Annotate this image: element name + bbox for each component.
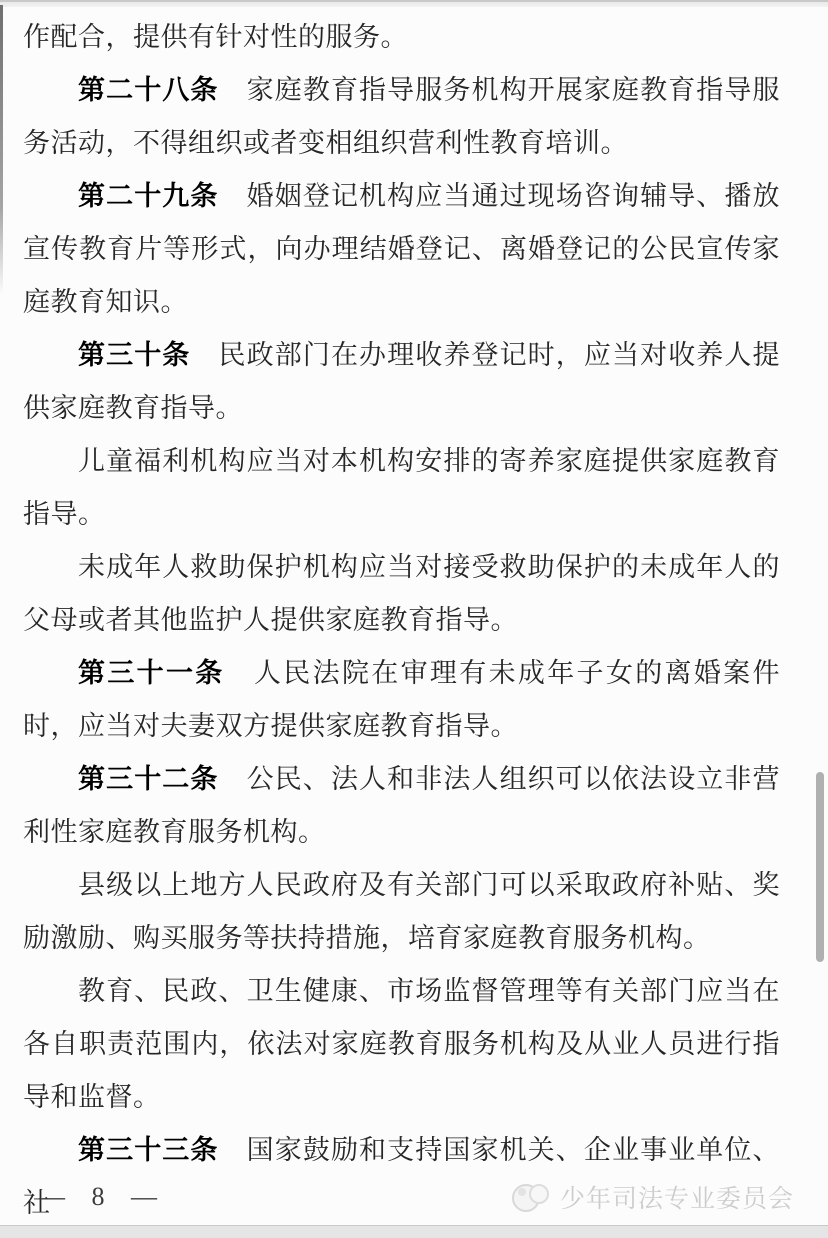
- top-edge-strip: [0, 0, 828, 7]
- page-footer: — 8 — 少年司法专业委员会: [23, 1174, 794, 1220]
- article-number-label: 第三十三条: [78, 1135, 219, 1165]
- scrollbar-thumb[interactable]: [816, 772, 824, 962]
- body-paragraph: 县级以上地方人民政府及有关部门可以采取政府补贴、奖励激励、购买服务等扶持措施，培…: [23, 859, 780, 965]
- page-number: — 8 —: [39, 1182, 158, 1212]
- article-paragraph: 第二十八条 家庭教育指导服务机构开展家庭教育指导服务活动，不得组织或者变相组织营…: [23, 64, 780, 170]
- article-paragraph: 第三十条 民政部门在办理收养登记时，应当对收养人提供家庭教育指导。: [23, 329, 780, 435]
- body-paragraph: 作配合，提供有针对性的服务。: [23, 11, 780, 64]
- article-number-label: 第三十二条: [78, 764, 219, 794]
- watermark-logo-icon: [511, 1179, 553, 1215]
- body-paragraph: 教育、民政、卫生健康、市场监督管理等有关部门应当在各自职责范围内，依法对家庭教育…: [23, 965, 780, 1124]
- article-paragraph: 第三十一条 人民法院在审理有未成年子女的离婚案件时，应当对夫妻双方提供家庭教育指…: [23, 647, 780, 753]
- body-paragraph: 儿童福利机构应当对本机构安排的寄养家庭提供家庭教育指导。: [23, 435, 780, 541]
- article-number-label: 第二十九条: [78, 181, 219, 211]
- body-paragraph: 未成年人救助保护机构应当对接受救助保护的未成年人的父母或者其他监护人提供家庭教育…: [23, 541, 780, 647]
- watermark-text: 少年司法专业委员会: [560, 1179, 794, 1215]
- bottom-edge-strip: [0, 1225, 828, 1238]
- article-paragraph: 第三十二条 公民、法人和非法人组织可以依法设立非营利性家庭教育服务机构。: [23, 753, 780, 859]
- article-number-label: 第二十八条: [78, 75, 219, 105]
- article-number-label: 第三十一条: [78, 658, 225, 688]
- page-left-edge-shadow: [0, 5, 3, 295]
- watermark: 少年司法专业委员会: [511, 1179, 794, 1215]
- document-body: 作配合，提供有针对性的服务。第二十八条 家庭教育指导服务机构开展家庭教育指导服务…: [23, 11, 780, 1230]
- article-paragraph: 第二十九条 婚姻登记机构应当通过现场咨询辅导、播放宣传教育片等形式，向办理结婚登…: [23, 170, 780, 329]
- document-page: 作配合，提供有针对性的服务。第二十八条 家庭教育指导服务机构开展家庭教育指导服务…: [0, 0, 828, 1238]
- article-number-label: 第三十条: [78, 340, 190, 370]
